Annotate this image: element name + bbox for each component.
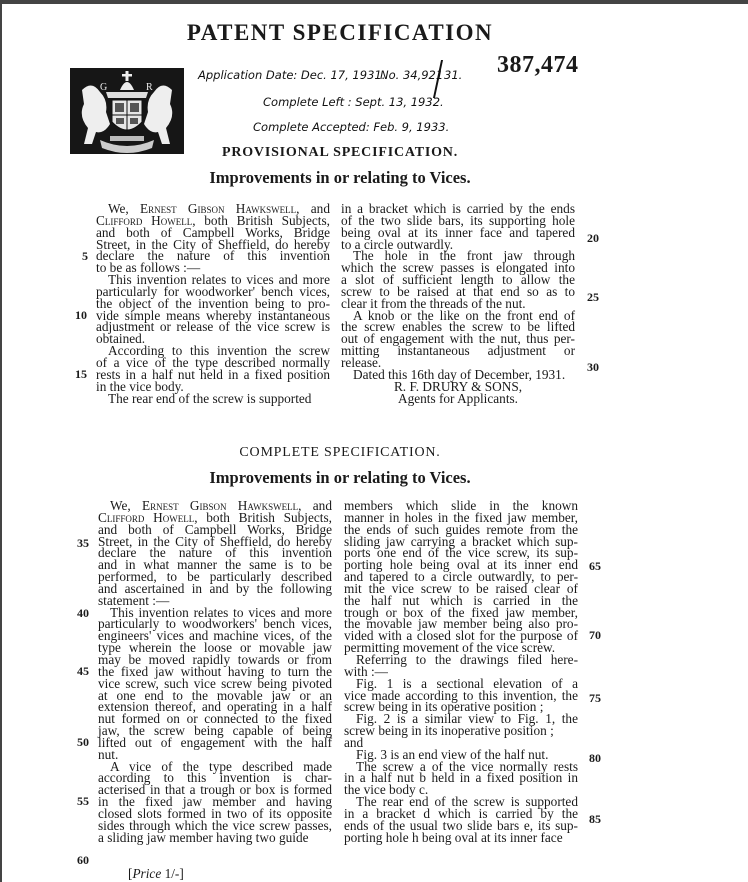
line-number: 80: [589, 751, 601, 766]
text-line: Agents for Applicants.: [341, 393, 575, 405]
line-number: 65: [589, 559, 601, 574]
line-number: 30: [587, 360, 599, 375]
complete-accepted-date: Complete Accepted: Feb. 9, 1933.: [253, 120, 449, 134]
complete-right-column: members which slide in the knownmanner i…: [344, 500, 578, 843]
provisional-title: Improvements in or relating to Vices.: [0, 168, 680, 188]
application-year: 31.: [444, 68, 462, 82]
line-number: 50: [77, 735, 89, 750]
line-number: 55: [77, 794, 89, 809]
application-number: No. 34,921: [380, 68, 443, 82]
line-number: 45: [77, 664, 89, 679]
line-number: 25: [587, 290, 599, 305]
line-number: 15: [75, 367, 87, 382]
line-number: 35: [77, 536, 89, 551]
page-frame-left: [0, 0, 2, 882]
line-number: 5: [82, 249, 88, 264]
line-number: 40: [77, 606, 89, 621]
line-number: 85: [589, 812, 601, 827]
provisional-heading: PROVISIONAL SPECIFICATION.: [0, 145, 680, 161]
application-date: Application Date: Dec. 17, 1931.: [198, 68, 385, 82]
page-frame-top: [0, 0, 748, 4]
text-line: porting hole h being oval at its inner f…: [344, 832, 578, 844]
patent-number: 387,474: [497, 52, 579, 79]
text-line: lifted out of engagement with the half: [98, 737, 332, 749]
line-number: 10: [75, 308, 87, 323]
complete-heading: COMPLETE SPECIFICATION.: [0, 445, 680, 461]
line-number: 70: [589, 628, 601, 643]
provisional-left-column: We, Ernest Gibson Hawkswell, andClifford…: [96, 203, 330, 404]
svg-text:R: R: [146, 82, 153, 93]
royal-coat-of-arms-icon: G R: [70, 68, 184, 154]
line-number: 60: [77, 853, 89, 868]
svg-text:G: G: [100, 82, 107, 93]
price-label: [Price 1/-]: [128, 866, 184, 882]
complete-left-column: We, Ernest Gibson Hawkswell, andClifford…: [98, 500, 332, 843]
complete-title: Improvements in or relating to Vices.: [0, 468, 680, 488]
document-title: PATENT SPECIFICATION: [0, 20, 680, 46]
line-number: 75: [589, 691, 601, 706]
text-line: The rear end of the screw is supported: [96, 393, 330, 405]
text-line: a sliding jaw member having two guide: [98, 832, 332, 844]
line-number: 20: [587, 231, 599, 246]
text-line: screw being in its inoperative position …: [344, 725, 578, 737]
complete-left-date: Complete Left : Sept. 13, 1932.: [263, 95, 444, 109]
provisional-right-column: in a bracket which is carried by the end…: [341, 203, 575, 404]
